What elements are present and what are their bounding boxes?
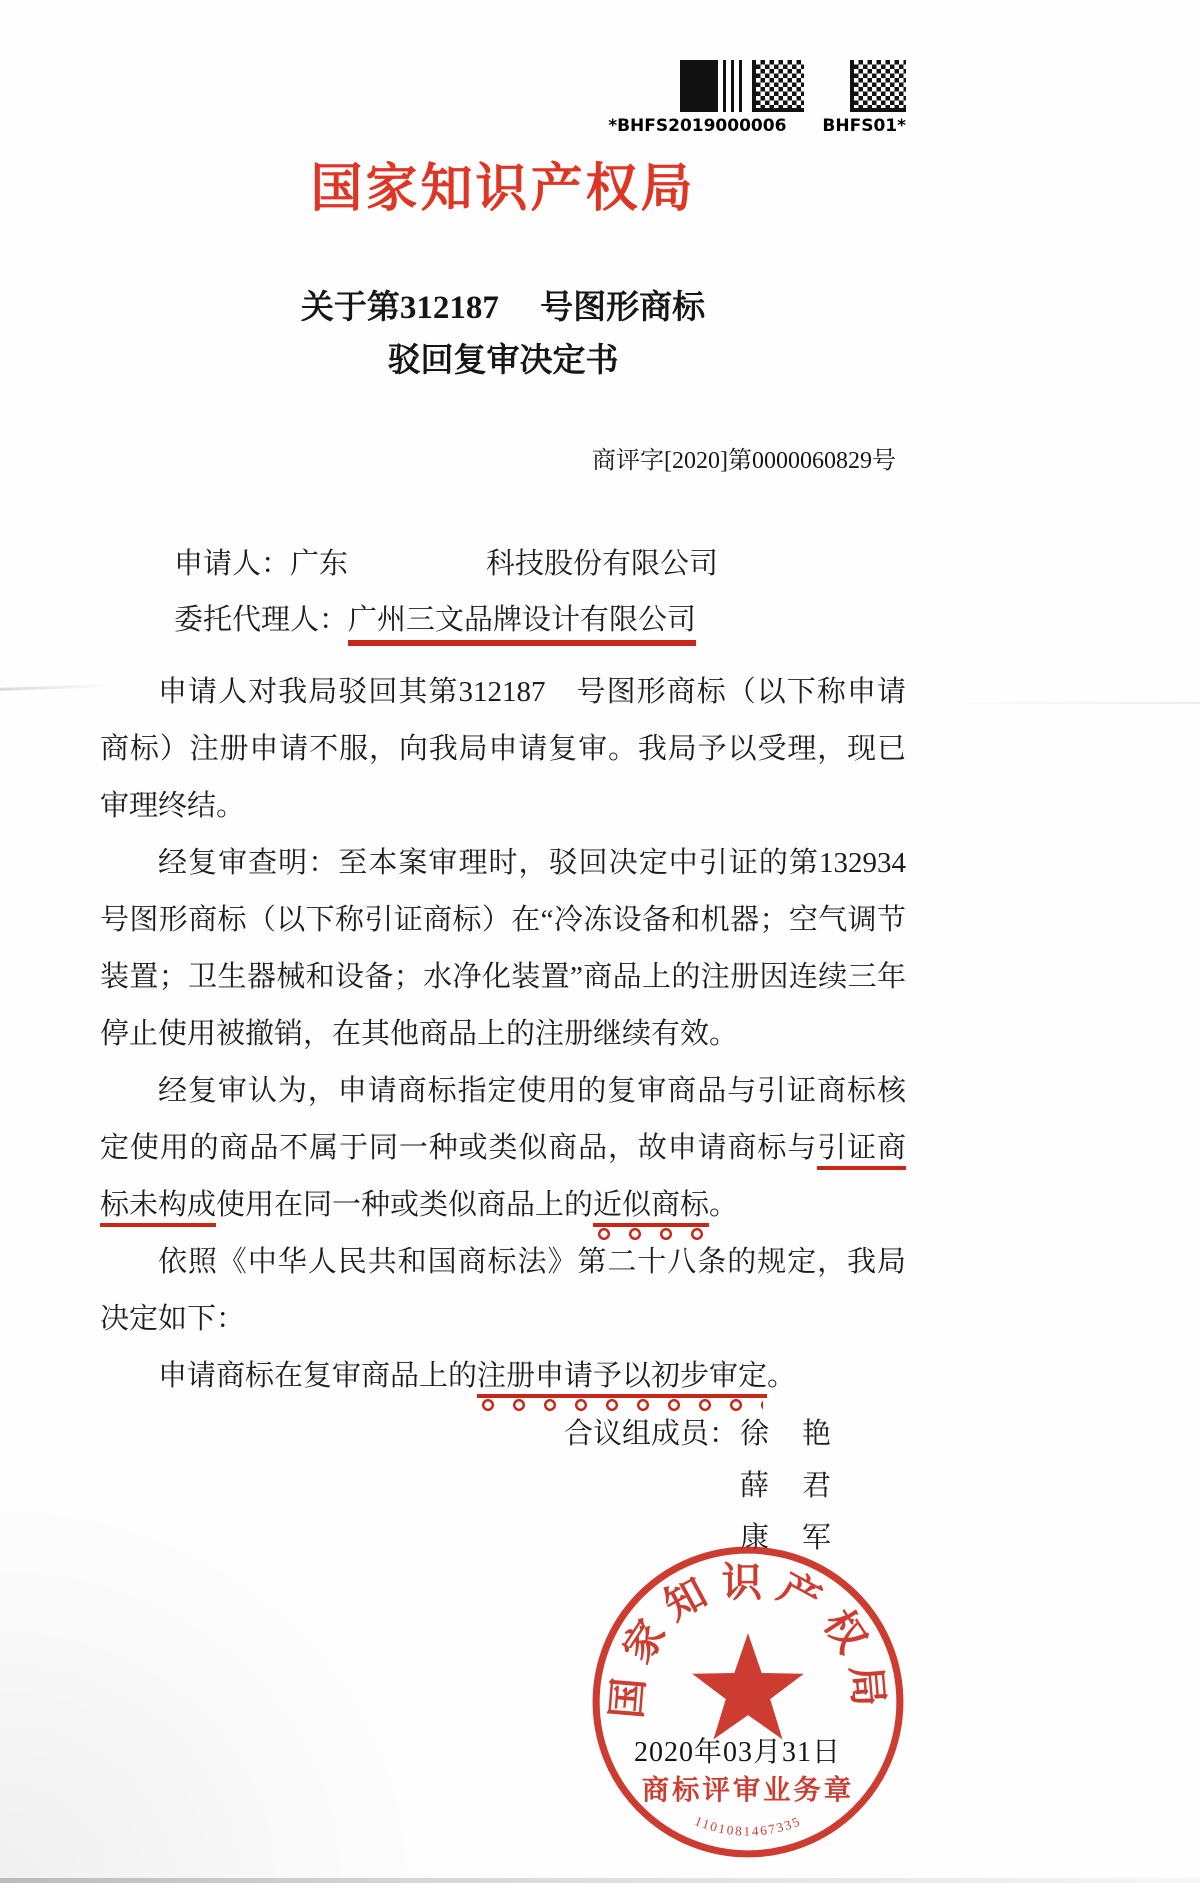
panel-member-row: 合议组成员：徐 艳 — [564, 1408, 833, 1460]
decision-body: 申请人对我局驳回其第312187 号图形商标（以下称申请商标）注册申请不服，向我… — [100, 664, 906, 1405]
underlined-phrase-preliminary-approval: 注册申请予以初步审定 — [477, 1360, 767, 1398]
applicant-name-suffix: 科技股份有限公司 — [486, 548, 718, 580]
panel-member-row: 薛 君 — [564, 1460, 833, 1512]
paragraph-finding: 经复审认为，申请商标指定使用的复审商品与引证商标核定使用的商品不属于同一种或类似… — [100, 1063, 906, 1234]
paper-crease-right — [910, 702, 1200, 704]
issuing-authority-title: 国家知识产权局 — [100, 146, 906, 221]
agent-name-underlined: 广州三文品牌设计有限公司 — [348, 604, 696, 646]
document-title-line1: 关于第312187 号图形商标 — [100, 282, 906, 335]
parties-section: 申请人：广东科技股份有限公司 委托代理人：广州三文品牌设计有限公司 — [174, 536, 718, 648]
barcode-datamatrix-icon — [850, 60, 906, 112]
barcode-block: *BHFS2019000006 BHFS01* — [608, 60, 906, 136]
barcode-1d-icon — [680, 60, 804, 112]
applicant-name-prefix: 广东 — [290, 548, 348, 580]
official-stamp: 国家知识产权局 商标评审业务章 1101081467335 — [586, 1540, 910, 1864]
applicant-line: 申请人：广东科技股份有限公司 — [174, 536, 718, 592]
stamp-banner-text: 商标评审业务章 — [642, 1774, 855, 1805]
reference-number: 商评字[2020]第0000060829号 — [100, 440, 906, 475]
panel-member-1: 徐 艳 — [740, 1408, 833, 1460]
paragraph-application: 申请人对我局驳回其第312187 号图形商标（以下称申请商标）注册申请不服，向我… — [100, 664, 906, 835]
barcode-datamatrix-icon — [752, 60, 804, 112]
paragraph-examination: 经复审查明：至本案审理时，驳回决定中引证的第132934 号图形商标（以下称引证… — [100, 835, 906, 1063]
document-title: 关于第312187 号图形商标 驳回复审决定书 — [100, 282, 906, 388]
paper-crease-left — [0, 684, 110, 691]
svg-text:1101081467335: 1101081467335 — [693, 1813, 804, 1839]
document-title-line2: 驳回复审决定书 — [100, 335, 906, 388]
paragraph-decision: 申请商标在复审商品上的注册申请予以初步审定。 — [100, 1348, 906, 1405]
underlined-phrase-similar-mark: 近似商标 — [593, 1189, 709, 1227]
paragraph-legal-basis: 依照《中华人民共和国商标法》第二十八条的规定，我局决定如下： — [100, 1234, 906, 1348]
barcode-label-left: *BHFS2019000006 — [608, 116, 786, 136]
official-stamp-icon: 国家知识产权局 商标评审业务章 1101081467335 — [586, 1540, 910, 1864]
barcode-label-right: BHFS01* — [822, 116, 906, 136]
barcode-solid-block-icon — [680, 60, 718, 112]
decision-date: 2020年03月31日 — [634, 1730, 841, 1770]
agent-line: 委托代理人：广州三文品牌设计有限公司 — [174, 592, 718, 648]
barcode-bars-icon — [723, 60, 747, 112]
stamp-serial-number: 1101081467335 — [693, 1813, 804, 1839]
scan-edge-bottom — [0, 1878, 1200, 1883]
star-icon — [692, 1633, 804, 1739]
scanned-decision-document: *BHFS2019000006 BHFS01* 国家知识产权局 关于第31218… — [0, 0, 1200, 1883]
panel-member-2: 薛 君 — [740, 1460, 833, 1512]
paper-shadow-bottom-left — [0, 1463, 460, 1883]
